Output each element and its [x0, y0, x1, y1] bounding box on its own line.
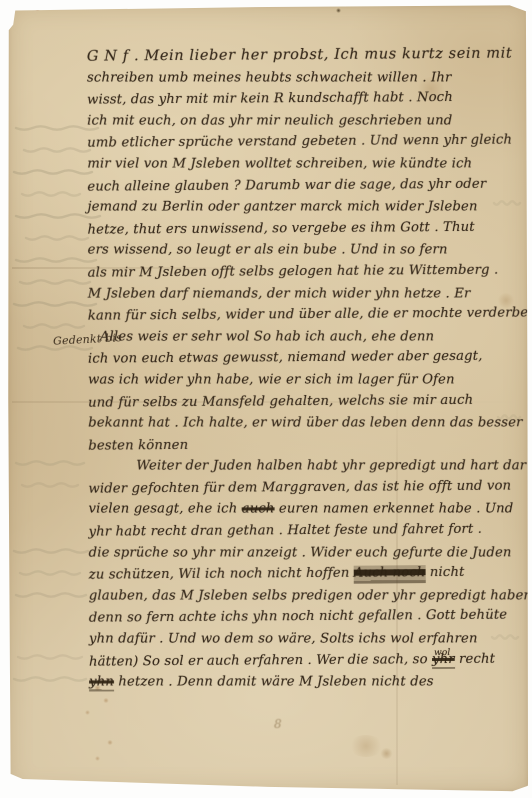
foxing-stain [348, 735, 384, 757]
manuscript-line: besten können [88, 432, 524, 457]
manuscript-line: ers wissend, so leugt er als ein bube . … [88, 240, 524, 262]
interlinear-insertion: wol [434, 643, 451, 665]
manuscript-line: kann für sich selbs, wider und über alle… [88, 303, 524, 328]
foxing-freckle [85, 710, 90, 715]
manuscript-line: jemand zu Berlin oder gantzer marck mich… [87, 196, 523, 218]
ink-speck [336, 8, 341, 13]
manuscript-line: M Jsleben darf niemands, der mich wider … [88, 283, 524, 305]
manuscript-line: bekannt hat . Ich halte, er wird über da… [88, 412, 524, 434]
manuscript-line: wisst, das yhr mit mir kein R kundschaff… [87, 87, 523, 112]
manuscript-line: und für selbs zu Mansfeld gehalten, welc… [88, 389, 524, 414]
photo-background: Gedenkt bis G N f . Mein lieber her prob… [0, 0, 532, 798]
manuscript-line: als mir M Jsleben offt selbs gelogen hat… [88, 259, 524, 284]
foxing-freckle [103, 698, 109, 703]
manuscript-line: glauben, das M Jsleben selbs predigen od… [89, 585, 525, 607]
stain-spot [34, 5, 41, 11]
manuscript-line: was ich wider yhn habe, wie er sich im l… [88, 369, 524, 391]
manuscript-line: euch alleine glauben ? Darumb war die sa… [87, 173, 523, 198]
manuscript-line: hätten) So sol er auch erfahren . Wer di… [89, 648, 525, 673]
manuscript-line: yhn hetzen . Denn damit wäre M Jsleben n… [89, 672, 525, 694]
manuscript-line: yhn dafür . Und wo dem so wäre, Solts ic… [89, 628, 525, 650]
manuscript-line: umb etlicher sprüche verstand gebeten . … [87, 130, 523, 155]
manuscript-line: schreiben umb meines heubts schwacheit w… [87, 67, 523, 89]
faint-page-mark: 8 [274, 717, 282, 731]
manuscript-line: mir viel von M Jsleben wolltet schreiben… [87, 153, 523, 175]
foxing-stain [380, 748, 393, 759]
foxing-freckle [95, 756, 100, 761]
manuscript-line: Weiter der Juden halben habt yhr gepredi… [88, 456, 524, 478]
manuscript-line: ich von euch etwas gewusst, niemand wede… [88, 346, 524, 371]
manuscript-line: denn so fern achte ichs yhn noch nicht g… [89, 605, 525, 630]
manuscript-line: ich mit euch, on das yhr mir neulich ges… [87, 110, 523, 132]
manuscript-line: wider gefochten für dem Marggraven, das … [88, 475, 524, 500]
manuscript-line: hetze, thut ers unwissend, so vergebe es… [87, 216, 523, 241]
foxing-freckle [107, 740, 113, 745]
struck-out-word: auch [242, 502, 275, 517]
manuscript-line: G N f . Mein lieber her probst, Ich mus … [87, 43, 523, 68]
manuscript-line: yhr habt recht dran gethan . Haltet fest… [88, 518, 524, 543]
manuscript-page: Gedenkt bis G N f . Mein lieber her prob… [8, 5, 528, 792]
letter-body: G N f . Mein lieber her probst, Ich mus … [87, 44, 525, 693]
manuscript-line: Alles weis er sehr wol So hab ich auch, … [88, 326, 524, 348]
manuscript-line: zu schützen, Wil ich noch nicht hoffen A… [89, 562, 525, 587]
struck-out-word: yhn [89, 675, 114, 690]
manuscript-line: die sprüche so yhr mir anzeigt . Wider e… [89, 542, 525, 564]
manuscript-line: vielen gesagt, ehe ich auch euren namen … [88, 499, 524, 521]
struck-out-word: Auch noch [354, 565, 426, 581]
